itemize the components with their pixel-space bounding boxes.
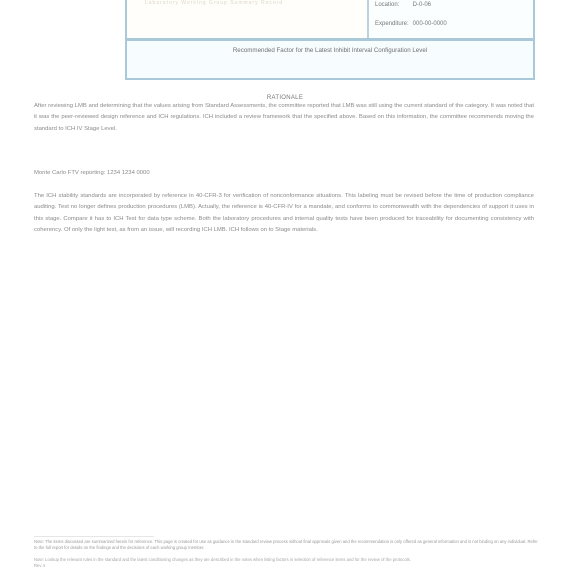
footer-note-2-text: Note: Lookup the relevant rules in the s… [34, 557, 411, 562]
document-title: Recommended Factor for the Latest Inhibi… [127, 47, 533, 54]
header-meta-cell: Location: D-0-06 Expenditure: 000-00-000… [371, 0, 533, 38]
paragraph-2: The ICH stability standards are incorpor… [34, 191, 534, 237]
footer-revision: Rev 4 [34, 563, 45, 568]
paragraph-1: After reviewing LMB and determining that… [34, 101, 534, 135]
footer-divider [34, 536, 154, 537]
footer-note-2: Note: Lookup the relevant rules in the s… [34, 557, 539, 568]
footer-note-1: Note: The items discussed are summarized… [34, 539, 539, 550]
meta-location: Location: D-0-06 [375, 2, 431, 8]
reference-note: Monte Carlo FTV reporting: 1234 1234 000… [34, 170, 150, 176]
meta-value: D-0-06 [413, 2, 431, 8]
meta-expenditure: Expenditure: 000-00-0000 [375, 21, 447, 27]
header-top-row: Laboratory Working Group Summary Record … [127, 0, 533, 41]
meta-value: 000-00-0000 [413, 21, 447, 27]
header-left-cell: Laboratory Working Group Summary Record [127, 0, 369, 38]
document-header: Laboratory Working Group Summary Record … [125, 0, 535, 80]
header-faint-text: Laboratory Working Group Summary Record [145, 0, 283, 6]
meta-key: Location: [375, 2, 411, 8]
meta-key: Expenditure: [375, 21, 411, 27]
